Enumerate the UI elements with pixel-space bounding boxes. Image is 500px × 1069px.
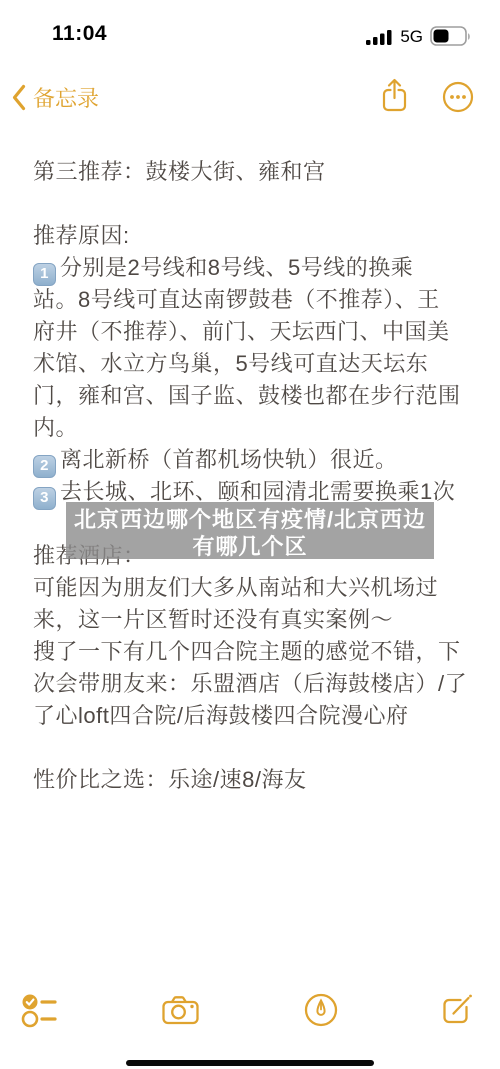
note-line [33,732,474,764]
markup-icon [303,992,339,1028]
note-line: 术馆、水立方鸟巢，5号线可直达天坛东 [33,348,474,380]
share-icon [381,78,408,113]
note-line: 次会带朋友来：乐盟酒店（后海鼓楼店）/了 [33,668,474,700]
note-line-text: 第三推荐：鼓楼大街、雍和宫 [33,159,326,184]
note-line-text: 可能因为朋友们大多从南站和大兴机场过 [33,575,438,600]
keycap-3-icon: 3 [33,487,56,510]
note-line: 1分别是2号线和8号线、5号线的换乘 [33,252,474,284]
markup-button[interactable] [303,992,339,1028]
note-line-text [33,735,40,760]
camera-button[interactable] [161,994,201,1026]
note-line-text: 离北新桥（首都机场快轨）很近。 [60,447,398,472]
note-line: 内。 [33,412,474,444]
note-line [33,188,474,220]
status-bar: 11:04 5G [0,0,500,56]
note-line-text: 府井（不推荐）、前门、天坛西门、中国美 [33,319,450,344]
note-line: 性价比之选：乐途/速8/海友 [33,764,474,796]
keycap-1-icon: 1 [33,263,56,286]
signal-strength-icon [366,28,393,46]
note-line: 推荐原因: [33,220,474,252]
more-options-button[interactable] [442,81,474,113]
note-line-text: 次会带朋友来：乐盟酒店（后海鼓楼店）/了 [33,671,467,696]
network-type-label: 5G [400,27,423,47]
camera-icon [161,994,201,1026]
note-line-text: 门，雍和宫、国子监、鼓楼也都在步行范围 [33,383,461,408]
note-line: 了心loft四合院/后海鼓楼四合院漫心府 [33,700,474,732]
note-line: 府井（不推荐）、前门、天坛西门、中国美 [33,316,474,348]
note-line: 来，这一片区暂时还没有真实案例～ [33,604,474,636]
note-line-text: 搜了一下有几个四合院主题的感觉不错，下 [33,639,461,664]
note-line-text: 来，这一片区暂时还没有真实案例～ [33,607,393,632]
note-line: 可能因为朋友们大多从南站和大兴机场过 [33,572,474,604]
compose-icon [440,993,474,1027]
battery-icon [430,26,472,47]
notes-app-screen: 11:04 5G [0,0,500,1069]
note-editor[interactable]: 第三推荐：鼓楼大街、雍和宫 推荐原因:1分别是2号线和8号线、5号线的换乘站。8… [33,156,474,796]
note-line: 门，雍和宫、国子监、鼓楼也都在步行范围 [33,380,474,412]
note-line-text: 内。 [33,415,78,440]
note-line-text: 站。8号线可直达南锣鼓巷（不推荐）、王 [33,287,440,312]
note-line-text: 术馆、水立方鸟巢，5号线可直达天坛东 [33,351,428,376]
chevron-left-icon [12,84,26,111]
watermark-line-1: 北京西边哪个地区有疫情/北京西边 [66,506,434,533]
checklist-button[interactable] [20,992,60,1028]
back-button[interactable]: 备忘录 [12,82,99,113]
note-line-text [33,511,40,536]
back-button-label: 备忘录 [33,82,99,113]
note-line: 站。8号线可直达南锣鼓巷（不推荐）、王 [33,284,474,316]
compose-button[interactable] [440,993,474,1027]
more-ellipsis-icon [442,81,474,113]
note-line: 搜了一下有几个四合院主题的感觉不错，下 [33,636,474,668]
watermark-line-2: 有哪几个区 [66,533,434,560]
note-line-text: 分别是2号线和8号线、5号线的换乘 [60,255,413,280]
share-button[interactable] [381,78,408,113]
note-line-text [33,191,40,216]
status-right-cluster: 5G [366,26,472,47]
checklist-icon [20,992,60,1028]
watermark-overlay: 北京西边哪个地区有疫情/北京西边 有哪几个区 [66,502,434,559]
status-time: 11:04 [52,22,107,46]
note-line-text: 性价比之选：乐途/速8/海友 [33,767,306,792]
note-line-text: 去长城、北环、颐和园清北需要换乘1次 [60,479,455,504]
keycap-2-icon: 2 [33,455,56,478]
note-line-text: 了心loft四合院/后海鼓楼四合院漫心府 [33,703,408,728]
note-line: 2离北新桥（首都机场快轨）很近。 [33,444,474,476]
note-line: 第三推荐：鼓楼大街、雍和宫 [33,156,474,188]
bottom-toolbar [0,986,500,1034]
note-line-text: 推荐原因: [33,223,130,248]
nav-bar: 备忘录 [0,78,500,122]
home-indicator[interactable] [126,1060,374,1066]
